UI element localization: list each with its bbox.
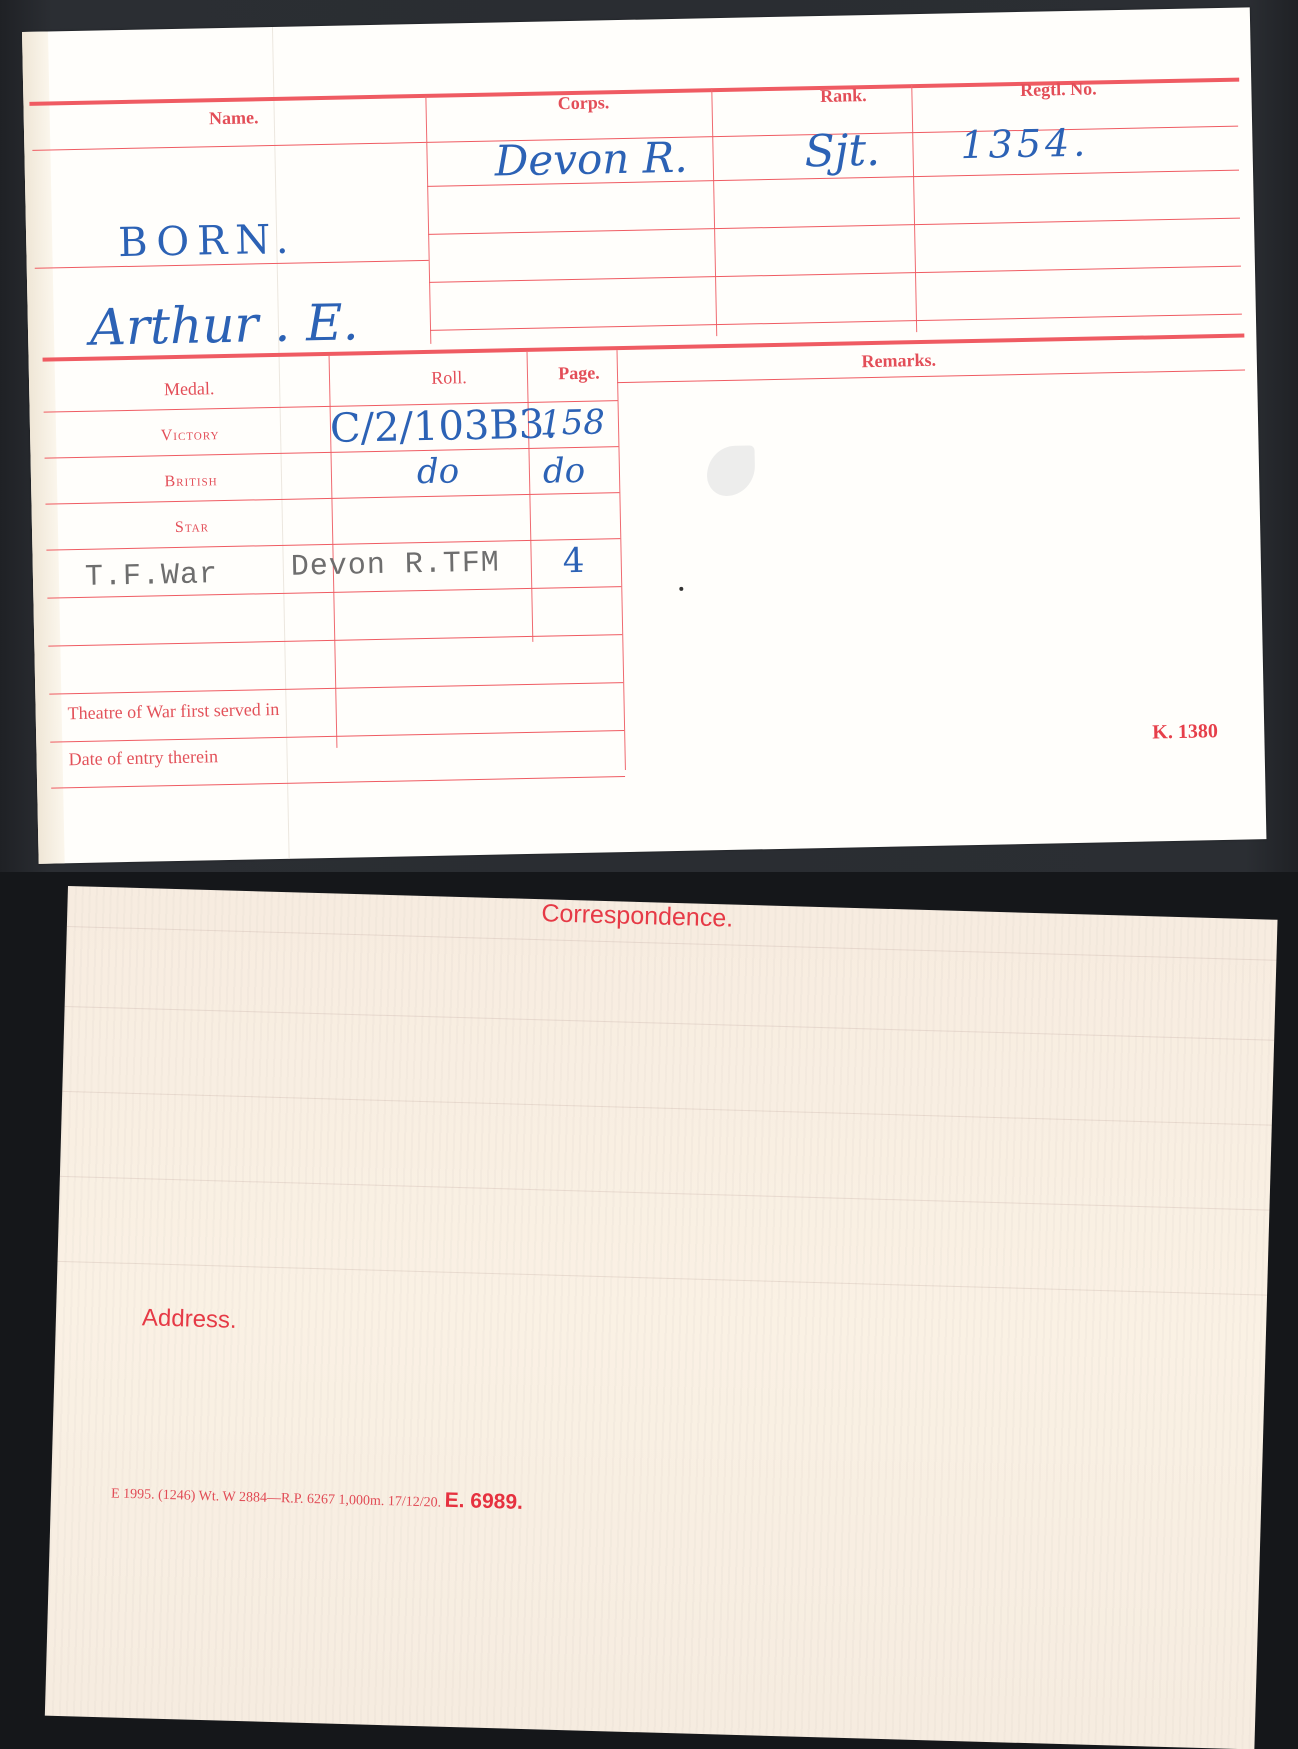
header-page: Page.: [534, 362, 624, 385]
printer-imprint: E 1995. (1246) Wt. W 2884—R.P. 6267 1,00…: [111, 1479, 523, 1514]
fold-line: [272, 27, 290, 859]
page-victory: 158: [540, 402, 606, 443]
rule: [430, 314, 1242, 332]
rank-entry: Sjt.: [804, 125, 880, 178]
medal-star: Star: [122, 517, 262, 538]
divider: [527, 352, 534, 642]
header-roll: Roll.: [389, 366, 509, 389]
divider: [425, 96, 431, 344]
faint-ruling: [60, 1176, 1270, 1211]
page-british: do: [543, 451, 586, 492]
header-regtl-no: Regtl. No.: [983, 78, 1133, 102]
header-medal: Medal.: [129, 378, 249, 401]
header-corps: Corps.: [483, 91, 683, 116]
faint-ruling: [58, 1261, 1268, 1296]
roll-victory: C/2/103B3.: [330, 401, 558, 452]
medal-victory: Victory: [120, 425, 260, 446]
address-label: Address.: [142, 1304, 237, 1335]
divider: [617, 350, 627, 770]
faint-ruling: [65, 1006, 1275, 1041]
rule: [32, 142, 426, 151]
printer-code: E. 6989.: [444, 1489, 523, 1514]
form-code: K. 1380: [1152, 720, 1218, 744]
watermark-leaf-icon: [706, 445, 755, 496]
rule: [428, 218, 1240, 236]
divider: [911, 84, 917, 332]
corps-entry: Devon R.: [494, 133, 688, 186]
rule: [617, 370, 1245, 384]
medal-index-card-front: Name. Corps. Rank. Regtl. No. BORN. Arth…: [22, 7, 1266, 863]
printer-imprint-text: E 1995. (1246) Wt. W 2884—R.P. 6267 1,00…: [111, 1486, 441, 1510]
faint-ruling: [62, 1091, 1272, 1126]
page-tf-war: 4: [562, 541, 584, 581]
correspondence-title: Correspondence.: [541, 899, 734, 933]
header-rank: Rank.: [783, 84, 903, 107]
rule: [51, 776, 625, 789]
ink-speck: [679, 587, 683, 591]
header-remarks: Remarks.: [799, 348, 999, 373]
medal-british: British: [121, 471, 261, 492]
theatre-label: Theatre of War first served in: [67, 699, 279, 724]
roll-british: do: [417, 451, 460, 492]
rule: [429, 266, 1241, 284]
medal-index-card-back: Correspondence. Address. E 1995. (1246) …: [45, 886, 1278, 1749]
header-name: Name.: [174, 107, 294, 130]
divider: [711, 88, 717, 336]
medal-tf-war: T.F.War: [85, 558, 219, 595]
forenames-entry: Arthur . E.: [89, 293, 359, 356]
surname-entry: BORN.: [118, 217, 297, 267]
regtl-no-entry: 1354.: [960, 121, 1090, 168]
date-entry-label: Date of entry therein: [68, 746, 218, 770]
roll-tf-war: Devon R.TFM: [290, 547, 500, 585]
